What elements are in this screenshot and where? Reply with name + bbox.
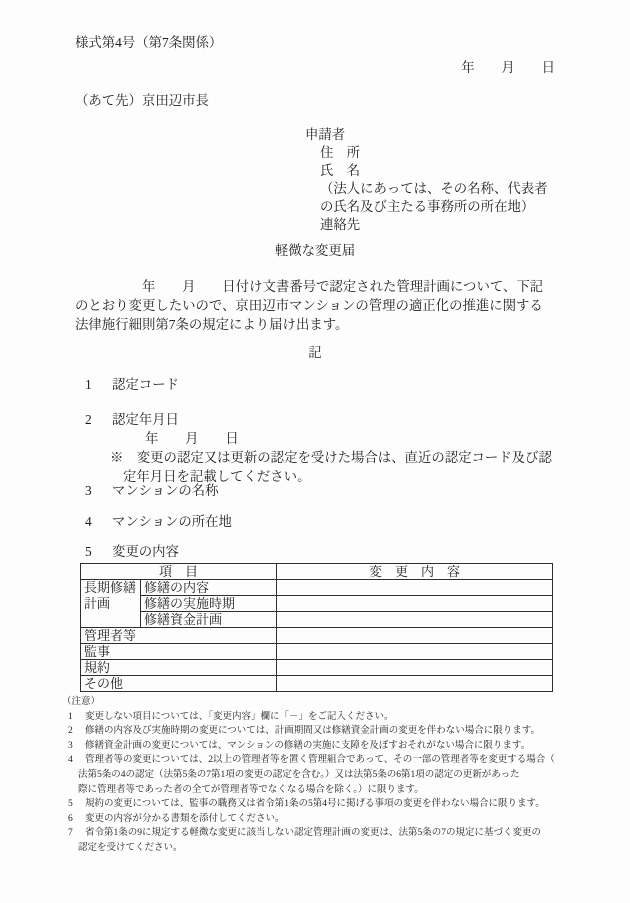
table-row: 長期修繕計画 修繕の内容 [81,580,553,596]
item-3-label: マンションの名称 [112,483,219,498]
note-7-number: 7 [68,826,85,841]
note-7-text-line2: 認定を受けてください。 [62,841,555,856]
change-content-blank-cell [277,628,553,644]
item-5-number: 5 [85,542,112,561]
table-subitem-repair-timing: 修繕の実施時期 [141,596,277,612]
note-7-text-line1: 省令第1条の9に規定する軽微な変更に該当しない認定管理計画の変更は、法第5条の7… [85,828,541,838]
change-details-table: 項 目 変 更 内 容 長期修繕計画 修繕の内容 修繕の実施時期 修繕資金計画 … [80,563,553,692]
note-6: 6変更の内容が分かる書類を添付してください。 [62,812,555,827]
item-2-date-blank: 年 月 日 [145,429,555,448]
body-line-3: 法律施行細則第7条の規定により届け出ます。 [75,315,555,334]
note-4-text-line3: 際に管理者等であった者の全てが管理者等でなくなる場合を除く。）に限ります。 [62,783,555,798]
change-content-blank-cell [277,580,553,596]
item-2-certification-date: 2認定年月日 [85,410,555,429]
body-paragraph: 年 月 日付け文書番号で認定された管理計画について、下記 のとおり変更したいので… [75,277,555,334]
body-line-2: のとおり変更したいので、京田辺市マンションの管理の適正化の推進に関する [75,296,555,315]
item-3-mansion-name: 3マンションの名称 [85,481,555,500]
note-4-number: 4 [68,753,85,768]
item-2-note-line1: ※ 変更の認定又は更新の認定を受けた場合は、直近の認定コード及び認 [110,448,555,467]
table-header-change-content: 変 更 内 容 [277,564,553,580]
note-2: 2修繕の内容及び実施時期の変更については、計画期間又は修繕資金計画の変更を伴わな… [62,724,555,739]
applicant-contact-label: 連絡先 [320,216,555,234]
form-number: 様式第4号（第7条関係） [75,33,555,52]
change-content-blank-cell [277,676,553,692]
table-row: 修繕資金計画 [81,612,553,628]
item-4-mansion-address: 4マンションの所在地 [85,512,555,531]
numbered-items: 1認定コード 2認定年月日 年 月 日 ※ 変更の認定又は更新の認定を受けた場合… [85,375,555,561]
change-content-blank-cell [277,660,553,676]
form-page: 様式第4号（第7条関係） 年 月 日 （あて先）京田辺市長 申請者 住 所 氏 … [0,0,630,903]
note-2-number: 2 [68,724,85,739]
submission-date-blank: 年 月 日 [75,58,555,77]
applicant-corporation-note-line1: （法人にあっては、その名称、代表者 [320,180,555,198]
note-3-text: 修繕資金計画の変更については、マンションの修繕の実施に支障を及ぼすおそれがない場… [85,741,530,751]
notes-section: （注意） 1変更しない項目については、「変更内容」欄に「－」をご記入ください。 … [62,695,555,856]
document-title: 軽微な変更届 [75,241,555,260]
note-4-text-line1: 管理者等の変更については、2以上の管理者等を置く管理組合であって、その一部の管理… [85,755,555,765]
addressee: （あて先）京田辺市長 [75,91,555,110]
item-1-label: 認定コード [112,377,179,392]
applicant-corporation-note-line2: の氏名及び主たる事務所の所在地） [320,198,555,216]
notes-heading: （注意） [62,695,555,710]
applicant-address-label: 住 所 [320,144,555,162]
change-content-blank-cell [277,596,553,612]
note-7: 7省令第1条の9に規定する軽微な変更に該当しない認定管理計画の変更は、法第5条の… [62,826,555,841]
table-row: 管理者等 [81,628,553,644]
table-item-other: その他 [81,676,277,692]
table-item-managers: 管理者等 [81,628,277,644]
note-6-number: 6 [68,812,85,827]
change-content-blank-cell [277,644,553,660]
note-1: 1変更しない項目については、「変更内容」欄に「－」をご記入ください。 [62,710,555,725]
note-1-text: 変更しない項目については、「変更内容」欄に「－」をご記入ください。 [85,712,394,722]
applicant-block: 申請者 住 所 氏 名 （法人にあっては、その名称、代表者 の氏名及び主たる事務… [305,126,555,234]
item-1-number: 1 [85,375,112,394]
item-5-label: 変更の内容 [112,544,179,559]
item-4-number: 4 [85,512,112,531]
table-item-auditor: 監事 [81,644,277,660]
record-marker: 記 [75,343,555,362]
table-row: 監事 [81,644,553,660]
note-1-number: 1 [68,710,85,725]
table-subitem-repair-fund-plan: 修繕資金計画 [141,612,277,628]
note-4-text-line2: 法第5条の4の認定（法第5条の7第1項の変更の認定を含む。）又は法第5条の6第1… [62,768,555,783]
note-3-number: 3 [68,739,85,754]
applicant-name-label: 氏 名 [320,162,555,180]
item-2-label: 認定年月日 [112,412,179,427]
table-header-row: 項 目 変 更 内 容 [81,564,553,580]
note-5-text: 規約の変更については、監事の職務又は省令第1条の5第4号に掲げる事項の変更を伴わ… [85,799,545,809]
note-4: 4管理者等の変更については、2以上の管理者等を置く管理組合であって、その一部の管… [62,753,555,768]
table-header-item: 項 目 [81,564,277,580]
item-1-certification-code: 1認定コード [85,375,555,394]
table-row: その他 [81,676,553,692]
item-4-label: マンションの所在地 [112,514,232,529]
change-content-blank-cell [277,612,553,628]
note-6-text: 変更の内容が分かる書類を添付してください。 [85,814,285,824]
table-row: 規約 [81,660,553,676]
table-subitem-repair-content: 修繕の内容 [141,580,277,596]
table-group-long-term-repair-plan: 長期修繕計画 [81,580,141,628]
item-5-change-details: 5変更の内容 [85,542,555,561]
table-row: 修繕の実施時期 [81,596,553,612]
note-5-number: 5 [68,797,85,812]
note-2-text: 修繕の内容及び実施時期の変更については、計画期間又は修繕資金計画の変更を伴わない… [85,726,540,736]
item-3-number: 3 [85,481,112,500]
body-line-1: 年 月 日付け文書番号で認定された管理計画について、下記 [75,277,555,296]
note-5: 5規約の変更については、監事の職務又は省令第1条の5第4号に掲げる事項の変更を伴… [62,797,555,812]
table-item-bylaws: 規約 [81,660,277,676]
applicant-heading: 申請者 [305,126,555,144]
note-3: 3修繕資金計画の変更については、マンションの修繕の実施に支障を及ぼすおそれがない… [62,739,555,754]
item-2-number: 2 [85,410,112,429]
